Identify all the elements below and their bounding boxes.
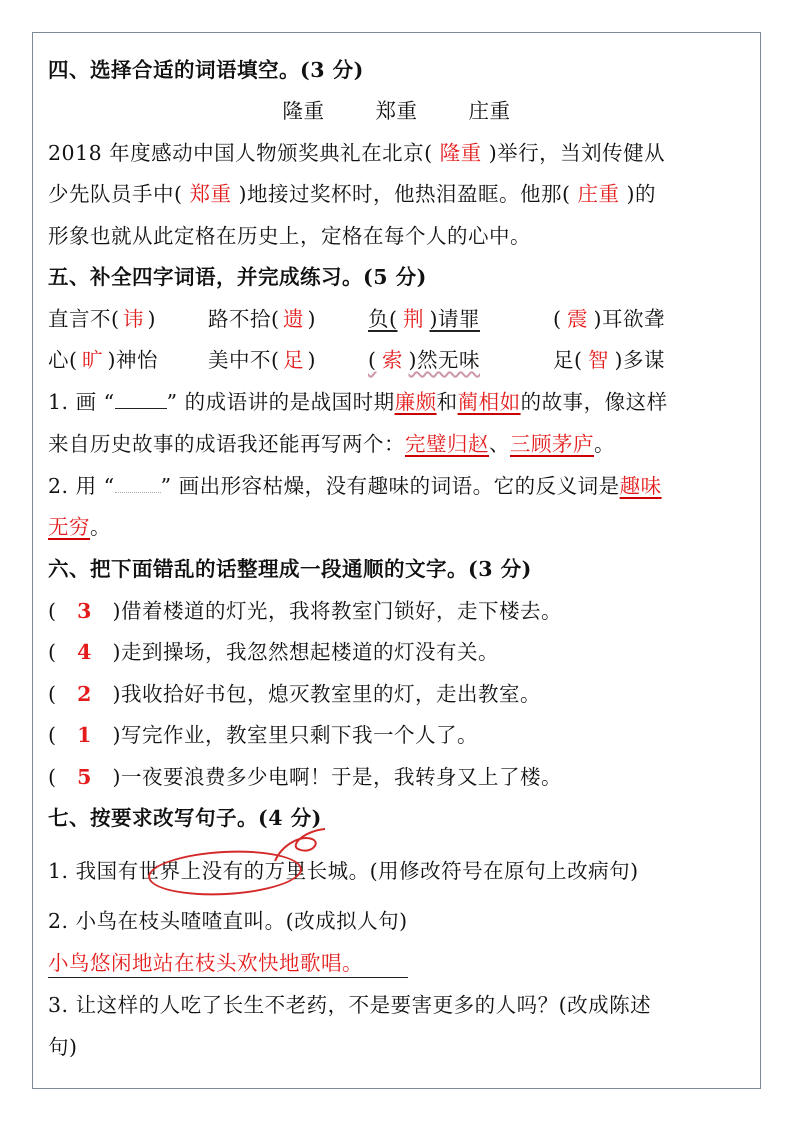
wavy-underline-sample [115,474,161,493]
section-5-title: 五、补全四字词语，并完成练习。(5 分) [48,263,427,291]
question-5-2-cont: 无穷。 [48,513,111,541]
idiom-item: 美中不(足) [208,346,368,374]
answer[interactable]: 趣味 [620,474,662,498]
question-5-1-cont: 来自历史故事的成语我还能再写两个：完璧归赵、三顾茅庐。 [48,430,615,458]
idiom-item: (震)耳欲聋 [553,305,665,333]
answer-7-2[interactable]: 小鸟悠闲地站在枝头欢快地歌唱。 [48,949,408,978]
answer[interactable]: 2 [57,680,113,708]
answer[interactable]: 蔺相如 [458,390,521,414]
answer[interactable]: 1 [57,721,113,749]
order-item: (2)我收拾好书包，熄灭教室里的灯，走出教室。 [48,680,541,708]
question-5-2: 2. 用 “” 画出形容枯燥，没有趣味的词语。它的反义词是趣味 [48,472,662,500]
answer[interactable]: 讳 [120,305,148,333]
paragraph-line-2: 少先队员手中(郑重)地接过奖杯时，他热泪盈眶。他那(庄重)的 [48,180,656,208]
order-item: (5)一夜要浪费多少电啊！于是，我转身又上了楼。 [48,763,562,791]
word-bank: 隆重 郑重 庄重 [0,97,793,125]
answer[interactable]: 索 [377,346,409,374]
idiom-item: 心(旷)神怡 [48,346,208,374]
section-4-title: 四、选择合适的词语填空。(3 分) [48,56,364,84]
answer[interactable]: 无穷 [48,515,90,539]
text: )的 [627,182,657,206]
answer-text: 小鸟悠闲地站在枝头欢快地歌唱。 [48,951,363,975]
text: 2018 年度感动中国人物颁奖典礼在北京( [48,141,433,165]
answer[interactable]: 完璧归赵 [405,432,489,456]
question-7-3-cont: 句) [48,1033,78,1061]
idiom-item: 路不拾(遗) [208,305,368,333]
text: )地接过奖杯时，他热泪盈眶。他那( [239,182,571,206]
idiom-row-2: 心(旷)神怡美中不(足)(索)然无味足(智)多谋 [48,346,665,374]
paragraph-line-3: 形象也就从此定格在历史上，定格在每个人的心中。 [48,222,531,250]
answer[interactable]: 荆 [398,305,430,333]
order-item: (4)走到操场，我忽然想起楼道的灯没有关。 [48,638,499,666]
question-7-1: 1. 我国有世界上没有的万里长城。(用修改符号在原句上改病句) [48,857,639,885]
idiom-item: 负(荆)请罪 [368,305,553,333]
section-6-title: 六、把下面错乱的话整理成一段通顺的文字。(3 分) [48,555,532,583]
answer[interactable]: 震 [562,305,594,333]
answer[interactable]: 智 [583,346,615,374]
word-bank-item: 郑重 [376,97,418,125]
idiom-row-1: 直言不(讳)路不拾(遗)负(荆)请罪(震)耳欲聋 [48,305,665,333]
word-bank-item: 庄重 [469,97,511,125]
answer[interactable]: 遗 [280,305,308,333]
question-7-3: 3. 让这样的人吃了长生不老药，不是要害更多的人吗？(改成陈述 [48,991,651,1019]
idiom-item: 直言不(讳) [48,305,208,333]
answer[interactable]: 3 [57,597,113,625]
idiom-item: (索)然无味 [368,346,553,374]
answer[interactable]: 庄重 [571,180,627,208]
question-5-1: 1. 画 “” 的成语讲的是战国时期廉颇和蔺相如的故事，像这样 [48,388,668,416]
idiom-item: 足(智)多谋 [553,346,665,374]
answer[interactable]: 廉颇 [395,390,437,414]
text: 少先队员手中( [48,182,183,206]
answer[interactable]: 三顾茅庐 [510,432,594,456]
paragraph-line-1: 2018 年度感动中国人物颁奖典礼在北京(隆重)举行，当刘传健从 [48,139,665,167]
answer[interactable]: 5 [57,763,113,791]
word-bank-item: 隆重 [282,97,324,125]
answer[interactable]: 足 [280,346,308,374]
answer[interactable]: 4 [57,638,113,666]
order-item: (3)借着楼道的灯光，我将教室门锁好，走下楼去。 [48,597,562,625]
deletion-loop-mark-icon [270,825,330,865]
text: )举行，当刘传健从 [489,141,666,165]
order-item: (1)写完作业，教室里只剩下我一个人了。 [48,721,478,749]
question-7-2: 2. 小鸟在枝头喳喳直叫。(改成拟人句) [48,907,408,935]
answer[interactable]: 旷 [78,346,108,374]
answer[interactable]: 郑重 [183,180,239,208]
underline-sample [115,390,167,409]
answer[interactable]: 隆重 [433,139,489,167]
